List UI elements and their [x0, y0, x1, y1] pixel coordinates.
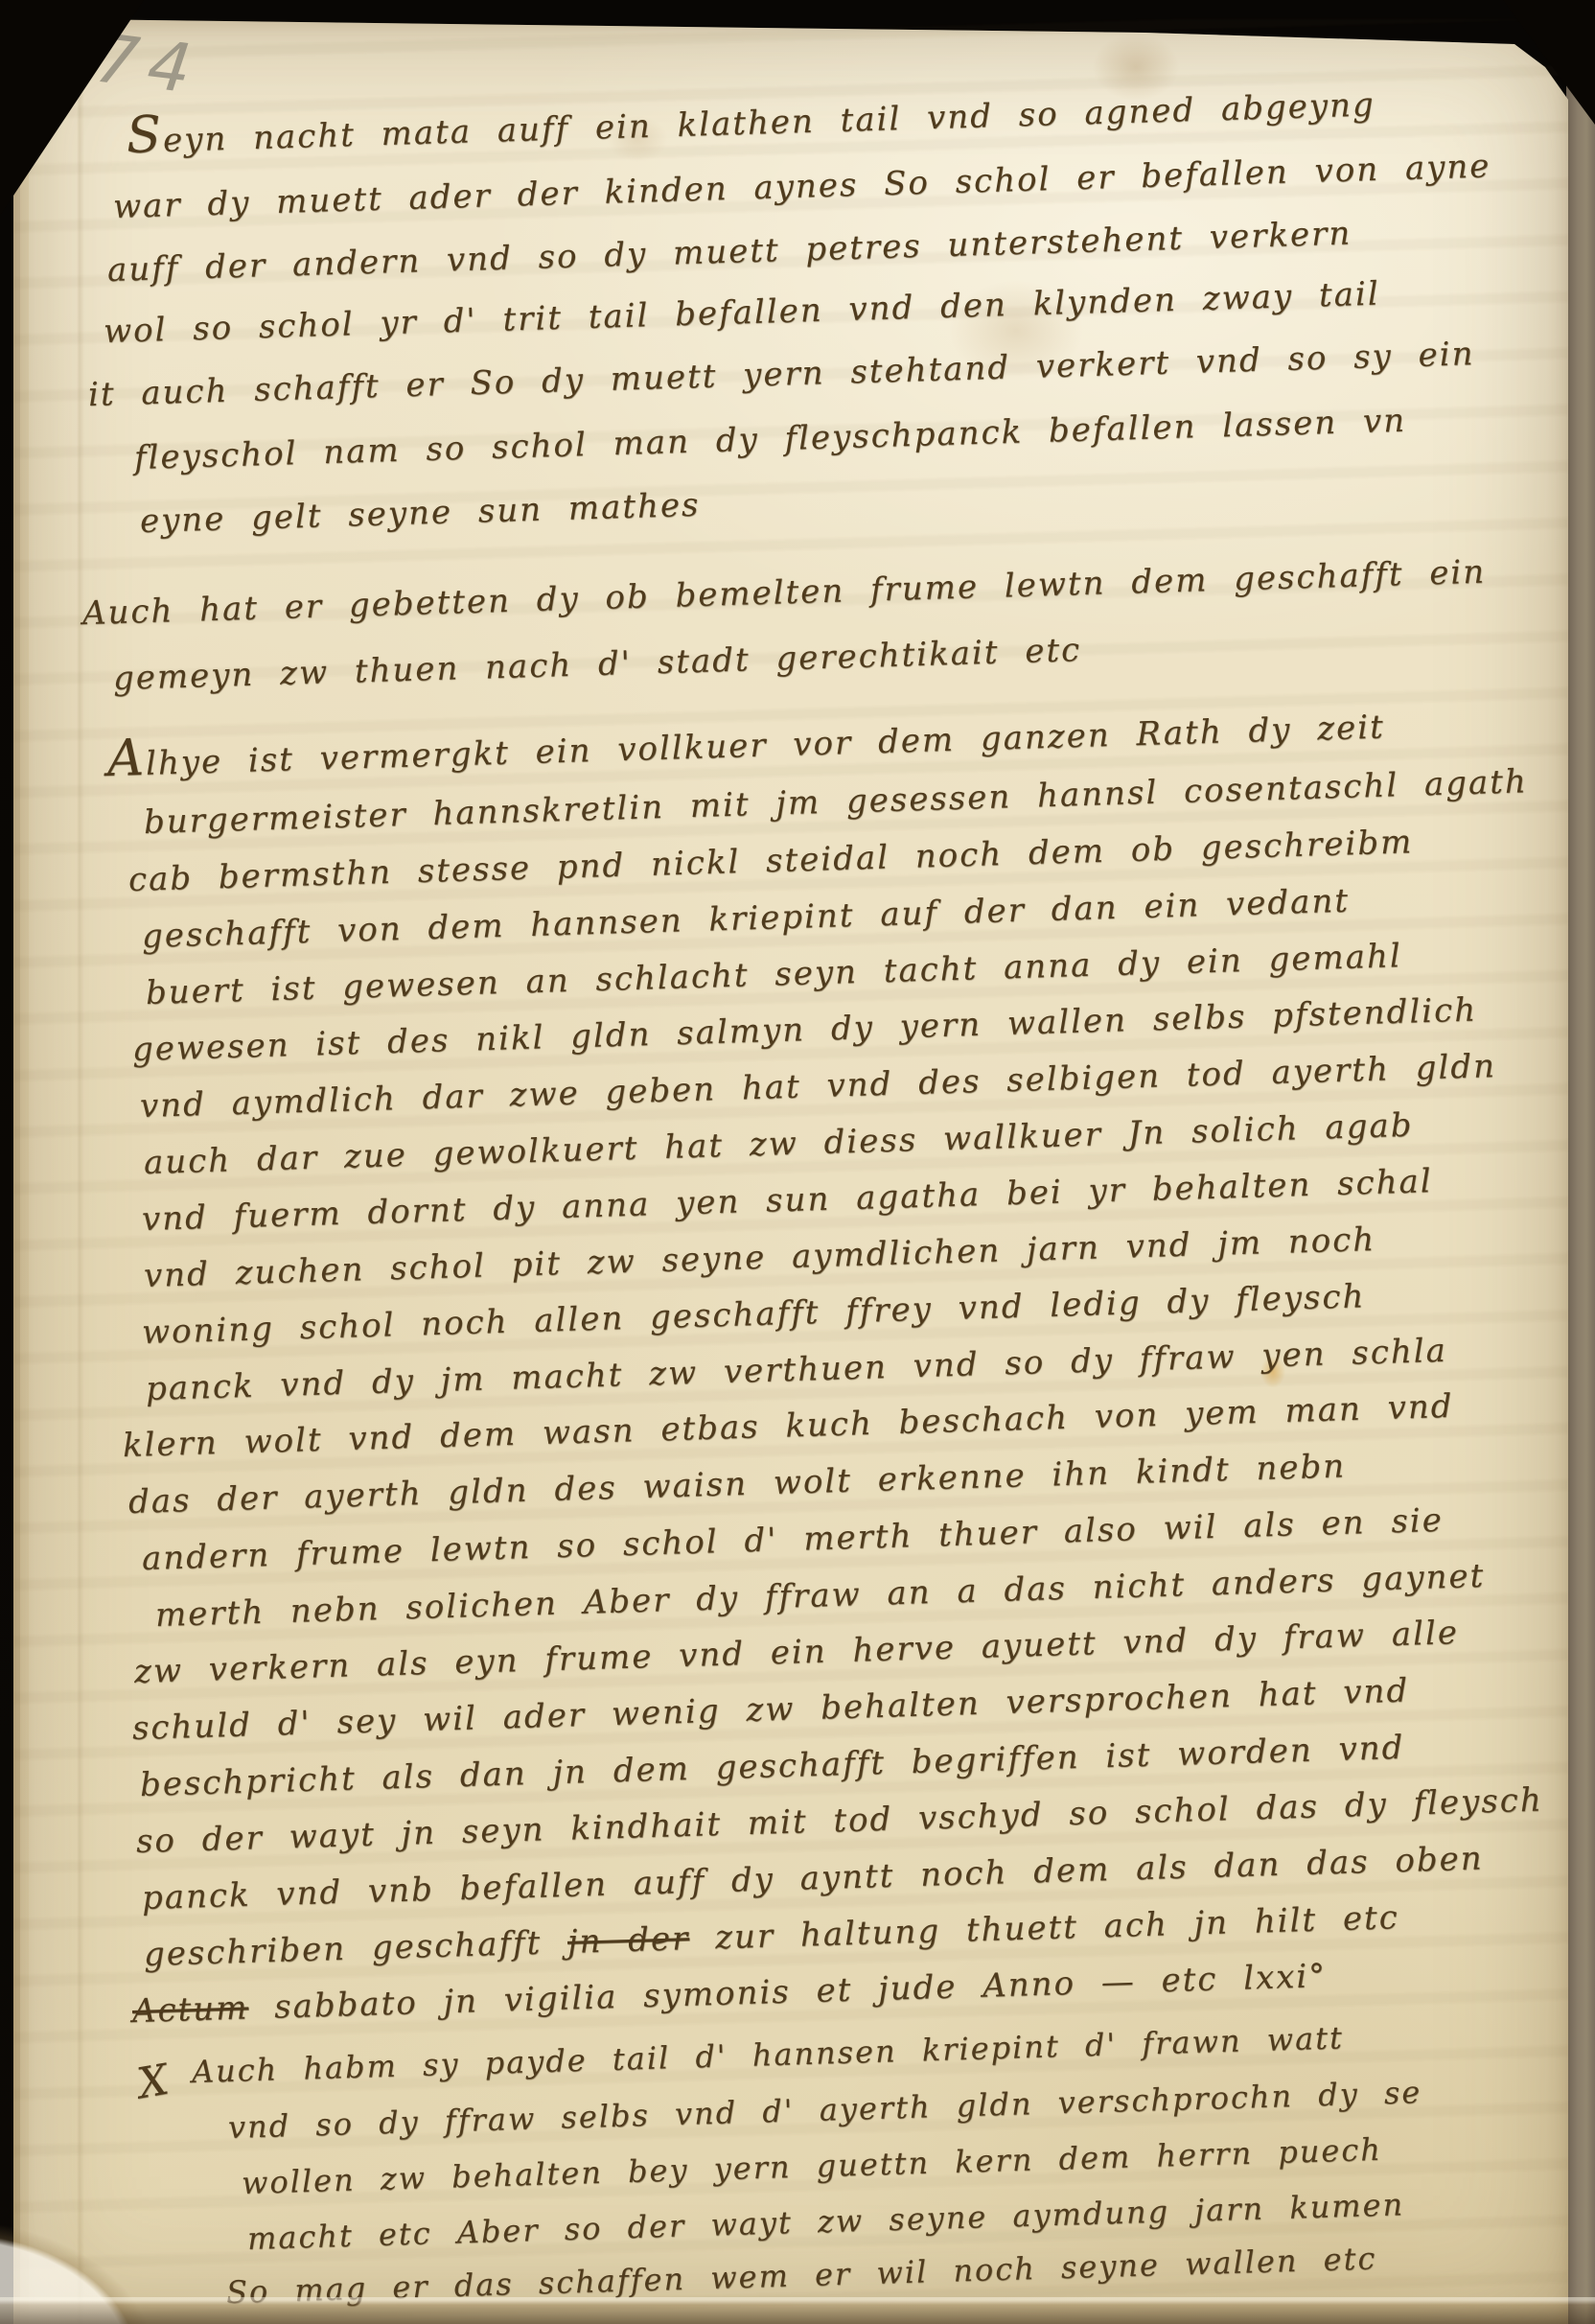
bottom-page-edge — [0, 2297, 1595, 2324]
manuscript-photo: 74 ~ Seyn nacht mata auff ein klathen ta… — [0, 0, 1595, 2324]
strikethrough-text: jn der — [566, 1919, 690, 1962]
table-surface-right — [1566, 0, 1595, 2324]
strikethrough-text: Actum — [131, 1988, 249, 2031]
